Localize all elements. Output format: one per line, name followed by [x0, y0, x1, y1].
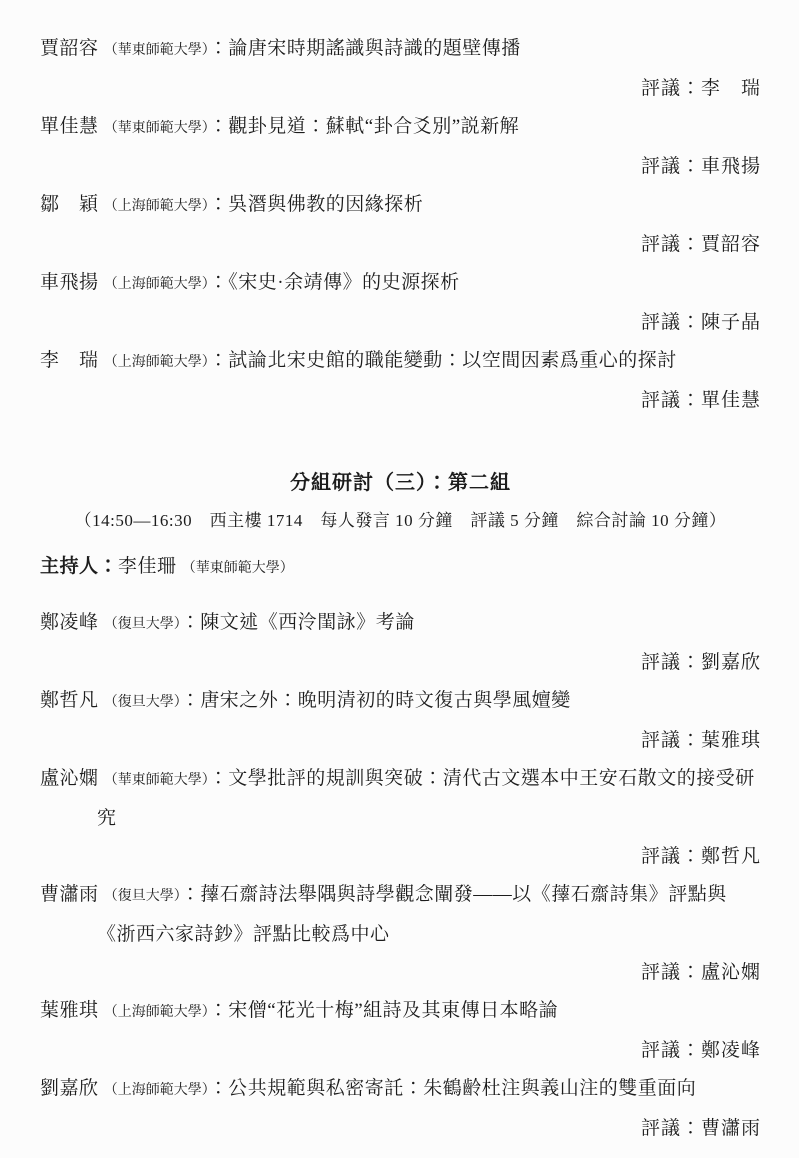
reviewer-line: 評議：曹瀟雨: [40, 1110, 761, 1148]
review-label: 評議：: [641, 234, 701, 255]
reviewer-line: 評議：鄭凌峰: [40, 1032, 761, 1070]
reviewer-name: 盧沁嫻: [701, 962, 761, 983]
speaker-name: 葉雅琪: [40, 1000, 99, 1021]
reviewer-name: 鄭哲凡: [701, 846, 761, 867]
presentation-entry: 鄭凌峰 （復旦大學）：陳文述《西泠閨詠》考論 評議：劉嘉欣: [40, 604, 761, 682]
separator-colon: ：: [209, 768, 229, 789]
speaker-name: 車飛揚: [40, 272, 99, 293]
session-info-line: （14:50—16:30 西主樓 1714 每人發言 10 分鐘 評議 5 分鐘…: [40, 502, 761, 540]
presentation-entry: 劉嘉欣 （上海師範大學）：公共規範與私密寄託：朱鶴齡杜注與義山注的雙重面向 評議…: [40, 1070, 761, 1148]
paper-title: 陳文述《西泠閨詠》考論: [200, 612, 415, 633]
separator-colon: ：: [209, 38, 229, 59]
speaker-name: 盧沁嫻: [40, 768, 99, 789]
session-heading: 分組研討（三）：第二組: [40, 464, 761, 502]
speaker-name: 鄭哲凡: [40, 690, 99, 711]
reviewer-name: 單佳慧: [701, 390, 761, 411]
speaker-name: 鄭凌峰: [40, 612, 99, 633]
review-label: 評議：: [641, 1040, 701, 1061]
separator-colon: ：: [181, 884, 201, 905]
speaker-affiliation: （上海師範大學）: [104, 277, 209, 292]
presentation-entry: 盧沁嫻 （華東師範大學）：文學批評的規訓與突破：清代古文選本中王安石散文的接受研…: [40, 760, 761, 876]
reviewer-name: 李 瑞: [701, 78, 761, 99]
presentation-entry: 鄒 穎 （上海師範大學）：吳潛與佛教的因緣探析 評議：賈韶容: [40, 186, 761, 264]
separator-colon: ：: [181, 612, 201, 633]
presentation-entry: 曹瀟雨 （復旦大學）：蘀石齋詩法舉隅與詩學觀念闡發——以《蘀石齋詩集》評點與《浙…: [40, 876, 761, 992]
reviewer-name: 鄭凌峰: [701, 1040, 761, 1061]
paper-title: 宋僧“花光十梅”組詩及其東傳日本略論: [228, 1000, 558, 1021]
session-two-entries-list: 鄭凌峰 （復旦大學）：陳文述《西泠閨詠》考論 評議：劉嘉欣 鄭哲凡 （復旦大學）…: [40, 604, 761, 1148]
reviewer-name: 葉雅琪: [701, 730, 761, 751]
review-label: 評議：: [641, 312, 701, 333]
chair-affiliation: （華東師範大學）: [182, 561, 294, 576]
presentation-line: 李 瑞 （上海師範大學）：試論北宋史館的職能變動：以空間因素爲重心的探討: [40, 342, 761, 382]
review-label: 評議：: [641, 156, 701, 177]
presentation-line: 鄒 穎 （上海師範大學）：吳潛與佛教的因緣探析: [40, 186, 761, 226]
paper-title: 公共規範與私密寄託：朱鶴齡杜注與義山注的雙重面向: [228, 1078, 696, 1099]
chair-name: 李佳珊: [118, 556, 177, 577]
chair-label: 主持人：: [40, 556, 118, 577]
speaker-name: 單佳慧: [40, 116, 99, 137]
presentation-entry: 單佳慧 （華東師範大學）：觀卦見道：蘇軾“卦合爻別”説新解 評議：車飛揚: [40, 108, 761, 186]
reviewer-line: 評議：鄭哲凡: [40, 838, 761, 876]
paper-title: 唐宋之外：晚明清初的時文復古與學風嬗變: [200, 690, 571, 711]
presentation-line: 劉嘉欣 （上海師範大學）：公共規範與私密寄託：朱鶴齡杜注與義山注的雙重面向: [40, 1070, 761, 1110]
presentation-line: 葉雅琪 （上海師範大學）：宋僧“花光十梅”組詩及其東傳日本略論: [40, 992, 761, 1032]
review-label: 評議：: [641, 1118, 701, 1139]
review-label: 評議：: [641, 78, 701, 99]
speaker-affiliation: （上海師範大學）: [104, 199, 209, 214]
reviewer-line: 評議：車飛揚: [40, 148, 761, 186]
presentation-entry: 李 瑞 （上海師範大學）：試論北宋史館的職能變動：以空間因素爲重心的探討 評議：…: [40, 342, 761, 420]
speaker-affiliation: （復旦大學）: [104, 889, 181, 904]
presentation-line: 賈韶容 （華東師範大學）：論唐宋時期謠識與詩識的題壁傳播: [40, 30, 761, 70]
chair-line: 主持人：李佳珊 （華東師範大學）: [40, 548, 761, 588]
separator-colon: ：: [209, 272, 229, 293]
separator-colon: ：: [209, 350, 229, 371]
presentation-entry: 賈韶容 （華東師範大學）：論唐宋時期謠識與詩識的題壁傳播 評議：李 瑞: [40, 30, 761, 108]
speaker-affiliation: （華東師範大學）: [104, 773, 209, 788]
reviewer-line: 評議：賈韶容: [40, 226, 761, 264]
speaker-affiliation: （復旦大學）: [104, 617, 181, 632]
reviewer-name: 車飛揚: [701, 156, 761, 177]
review-label: 評議：: [641, 652, 701, 673]
review-label: 評議：: [641, 730, 701, 751]
paper-title: 試論北宋史館的職能變動：以空間因素爲重心的探討: [228, 350, 677, 371]
speaker-affiliation: （華東師範大學）: [104, 121, 209, 136]
presentation-entry: 鄭哲凡 （復旦大學）：唐宋之外：晚明清初的時文復古與學風嬗變 評議：葉雅琪: [40, 682, 761, 760]
paper-title: 觀卦見道：蘇軾“卦合爻別”説新解: [228, 116, 519, 137]
presentation-line: 盧沁嫻 （華東師範大學）：文學批評的規訓與突破：清代古文選本中王安石散文的接受研…: [40, 760, 761, 838]
presentation-line: 鄭哲凡 （復旦大學）：唐宋之外：晚明清初的時文復古與學風嬗變: [40, 682, 761, 722]
paper-title: 《宋史·余靖傳》的史源探析: [228, 272, 459, 293]
speaker-affiliation: （華東師範大學）: [104, 43, 209, 58]
review-label: 評議：: [641, 846, 701, 867]
speaker-name: 曹瀟雨: [40, 884, 99, 905]
speaker-affiliation: （上海師範大學）: [104, 1005, 209, 1020]
reviewer-line: 評議：劉嘉欣: [40, 644, 761, 682]
reviewer-line: 評議：單佳慧: [40, 382, 761, 420]
speaker-name: 劉嘉欣: [40, 1078, 99, 1099]
presentation-line: 曹瀟雨 （復旦大學）：蘀石齋詩法舉隅與詩學觀念闡發——以《蘀石齋詩集》評點與《浙…: [40, 876, 761, 954]
reviewer-line: 評議：李 瑞: [40, 70, 761, 108]
presentation-line: 單佳慧 （華東師範大學）：觀卦見道：蘇軾“卦合爻別”説新解: [40, 108, 761, 148]
reviewer-line: 評議：盧沁嫻: [40, 954, 761, 992]
paper-title: 論唐宋時期謠識與詩識的題壁傳播: [228, 38, 521, 59]
presentation-line: 車飛揚 （上海師範大學）：《宋史·余靖傳》的史源探析: [40, 264, 761, 304]
speaker-name: 鄒 穎: [40, 194, 99, 215]
session-previous-entries-list: 賈韶容 （華東師範大學）：論唐宋時期謠識與詩識的題壁傳播 評議：李 瑞 單佳慧 …: [40, 30, 761, 420]
speaker-affiliation: （復旦大學）: [104, 695, 181, 710]
separator-colon: ：: [209, 194, 229, 215]
separator-colon: ：: [209, 1078, 229, 1099]
speaker-name: 賈韶容: [40, 38, 99, 59]
reviewer-name: 賈韶容: [701, 234, 761, 255]
review-label: 評議：: [641, 390, 701, 411]
speaker-affiliation: （上海師範大學）: [104, 355, 209, 370]
review-label: 評議：: [641, 962, 701, 983]
presentation-line: 鄭凌峰 （復旦大學）：陳文述《西泠閨詠》考論: [40, 604, 761, 644]
separator-colon: ：: [209, 1000, 229, 1021]
reviewer-name: 陳子晶: [701, 312, 761, 333]
presentation-entry: 車飛揚 （上海師範大學）：《宋史·余靖傳》的史源探析 評議：陳子晶: [40, 264, 761, 342]
presentation-entry: 葉雅琪 （上海師範大學）：宋僧“花光十梅”組詩及其東傳日本略論 評議：鄭凌峰: [40, 992, 761, 1070]
speaker-affiliation: （上海師範大學）: [104, 1083, 209, 1098]
separator-colon: ：: [181, 690, 201, 711]
speaker-name: 李 瑞: [40, 350, 99, 371]
reviewer-name: 曹瀟雨: [701, 1118, 761, 1139]
paper-title: 吳潛與佛教的因緣探析: [228, 194, 423, 215]
reviewer-name: 劉嘉欣: [701, 652, 761, 673]
reviewer-line: 評議：葉雅琪: [40, 722, 761, 760]
reviewer-line: 評議：陳子晶: [40, 304, 761, 342]
conference-program-page: 賈韶容 （華東師範大學）：論唐宋時期謠識與詩識的題壁傳播 評議：李 瑞 單佳慧 …: [0, 0, 799, 1158]
separator-colon: ：: [209, 116, 229, 137]
